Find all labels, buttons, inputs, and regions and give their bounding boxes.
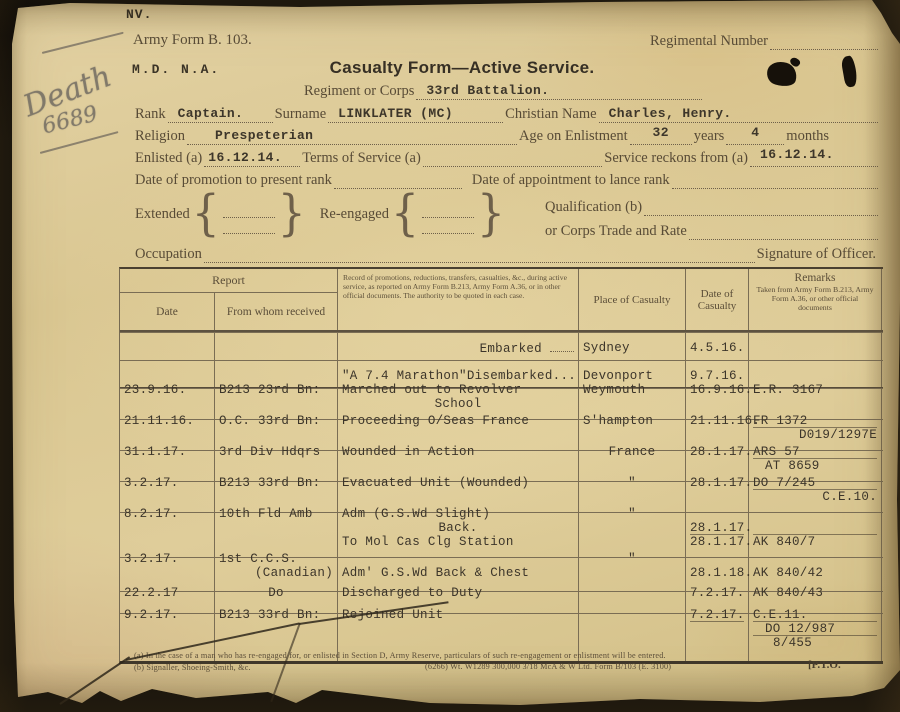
scanned-document: Death 6689 NV. Army Form B. 103. Regimen… — [0, 0, 900, 712]
remarks-line: DO 12/987 — [753, 622, 877, 636]
report-from-line2: (Canadian) — [219, 566, 333, 580]
record-line: Wounded in Action — [342, 445, 475, 459]
embarked-label: Embarked — [480, 342, 542, 356]
brace-open-icon: { — [391, 192, 419, 236]
regimental-number-field — [770, 33, 878, 50]
dotted-leader — [550, 341, 574, 352]
print-line: (6266) Wt. W1289 300,000 3/18 McA & W Lt… — [425, 662, 671, 671]
record-line: Back. — [342, 521, 574, 535]
religion-value: Prespeterian — [215, 127, 313, 144]
service-reckons-label: Service reckons from (a) — [602, 150, 750, 167]
report-date: 21.11.16. — [124, 414, 194, 428]
surname-label: Surname — [273, 106, 329, 123]
promotion-line: Date of promotion to present rank Date o… — [133, 172, 878, 189]
regiment-value: 33rd Battalion. — [426, 82, 549, 99]
form-number: Army Form B. 103. — [133, 32, 252, 49]
remarks-line: C.E.10. — [753, 490, 877, 504]
casualty-table: Report Date From whom received Record of… — [119, 267, 883, 664]
age-years-value: 32 — [653, 124, 669, 141]
casualty-date-value: 28.1.17. — [690, 445, 752, 459]
service-reckons-field: 16.12.14. — [750, 150, 878, 167]
extended-label: Extended — [133, 206, 192, 223]
months-label: months — [784, 128, 831, 145]
casualty-date-value: 21.11.16. — [690, 414, 760, 428]
report-from: B213 33rd Bn: — [219, 608, 320, 622]
christian-name-field: Charles, Henry. — [599, 106, 878, 123]
remarks-subtitle: Taken from Army Form B.213, Army Form A.… — [749, 284, 881, 312]
regimental-number-line: Regimental Number — [648, 33, 878, 50]
years-label: years — [692, 128, 727, 145]
report-date: 23.9.16. — [124, 383, 186, 397]
occupation-field — [204, 246, 755, 263]
signature-label: Signature of Officer. — [755, 246, 878, 263]
regiment-field: 33rd Battalion. — [416, 83, 702, 100]
regimental-number-label: Regimental Number — [648, 33, 770, 50]
occupation-label: Occupation — [133, 246, 204, 263]
report-from: B213 23rd Bn: — [219, 383, 320, 397]
reengaged-field — [422, 194, 474, 234]
enlisted-label: Enlisted (a) — [133, 150, 204, 167]
surname-value: LINKLATER (MC) — [338, 105, 453, 122]
remarks-title: Remarks — [749, 272, 881, 284]
report-from: B213 33rd Bn: — [219, 476, 320, 490]
report-date: 3.2.17. — [124, 476, 179, 490]
record-line: Evacuated Unit (Wounded) — [342, 476, 529, 490]
record-line: Adm (G.S.Wd Slight) — [342, 507, 574, 521]
col-header-date: Date — [120, 293, 215, 330]
report-from: O.C. 33rd Bn: — [219, 414, 320, 428]
lance-field — [672, 172, 878, 189]
report-from: 3rd Div Hdqrs — [219, 445, 320, 459]
ditto-mark: " — [628, 476, 636, 490]
record-line: Marched out to Revolver — [342, 383, 574, 397]
col-header-casualty-date: Date of Casualty — [686, 269, 749, 330]
place-value: Weymouth — [583, 383, 645, 397]
col-header-from: From whom received — [215, 293, 337, 330]
remarks-line: C.E.11. — [753, 608, 877, 622]
table-header: Report Date From whom received Record of… — [120, 269, 883, 332]
record-line: To Mol Cas Clg Station — [342, 535, 574, 549]
corps-trade-field — [689, 223, 878, 240]
casualty-date-value: 7.2.17. — [690, 608, 744, 622]
qualification-field — [644, 199, 878, 216]
casualty-date-value: 16.9.16. — [690, 383, 752, 397]
district-mark: M.D. N.A. — [132, 62, 220, 77]
surname-field: LINKLATER (MC) — [328, 106, 503, 123]
brace-close-icon: } — [278, 192, 306, 236]
rank-line: Rank Captain. Surname LINKLATER (MC) Chr… — [133, 106, 878, 123]
report-date: 31.1.17. — [124, 445, 186, 459]
age-years-field: 32 — [630, 128, 692, 145]
casualty-date-line: 28.1.17. — [690, 521, 744, 535]
terms-label: Terms of Service (a) — [300, 150, 423, 167]
religion-line: Religion Prespeterian Age on Enlistment … — [133, 128, 878, 145]
remarks-line: D019/1297E — [753, 428, 877, 442]
rank-field: Captain. — [168, 106, 273, 123]
report-header-group: Report Date From whom received — [120, 269, 338, 330]
casualty-date-value: 28.1.18. — [690, 566, 744, 580]
remarks-line: AT 8659 — [753, 459, 877, 473]
footnote-b: (b) Signaller, Shoeing-Smith, &c. — [134, 663, 251, 672]
report-date: 9.2.17. — [124, 608, 179, 622]
age-months-field: 4 — [726, 128, 784, 145]
brace-open-icon: { — [192, 192, 220, 236]
enlisted-value: 16.12.14. — [208, 149, 282, 166]
casualty-date-value: 9.7.16. — [690, 369, 745, 383]
remarks-line: FR 1372 — [753, 414, 877, 428]
remarks-line: 8/455 — [753, 636, 877, 650]
col-header-remarks: Remarks Taken from Army Form B.213, Army… — [749, 269, 882, 330]
place-value: S'hampton — [583, 414, 653, 428]
christian-name-value: Charles, Henry. — [609, 105, 732, 122]
christian-name-label: Christian Name — [503, 106, 598, 123]
terms-field — [423, 150, 602, 167]
marathon-note: "A 7.4 Marathon" — [342, 369, 467, 383]
brace-close-icon: } — [477, 192, 505, 236]
qualification-line: Qualification (b) — [543, 199, 878, 216]
rank-label: Rank — [133, 106, 168, 123]
footnote-a: (a) In the case of a man who has re-enga… — [134, 651, 666, 660]
qualification-label: Qualification (b) — [543, 199, 644, 216]
record-line: School — [342, 397, 574, 411]
report-from: Do — [268, 586, 284, 600]
religion-field: Prespeterian — [187, 128, 517, 145]
regiment-line: Regiment or Corps 33rd Battalion. — [302, 83, 702, 100]
ditto-mark: " — [628, 507, 636, 521]
enlisted-line: Enlisted (a) 16.12.14. Terms of Service … — [133, 150, 878, 167]
pto-mark: [P.T.O. — [808, 659, 841, 671]
disembarked-label: Disembarked... — [467, 369, 576, 383]
remarks-line: DO 7/245 — [753, 476, 877, 490]
extended-field — [223, 194, 275, 234]
casualty-date-line: 28.1.17. — [690, 535, 744, 549]
corner-mark: NV. — [126, 7, 152, 22]
place-value: Sydney — [583, 341, 630, 355]
col-header-report: Report — [120, 269, 337, 293]
place-value: Devonport — [583, 369, 653, 383]
report-from: 1st C.C.S. — [219, 552, 333, 566]
corps-trade-label: or Corps Trade and Rate — [543, 223, 689, 240]
corps-trade-line: or Corps Trade and Rate — [543, 223, 878, 240]
religion-label: Religion — [133, 128, 187, 145]
remarks-line: AK 840/42 — [753, 566, 877, 580]
record-line: Discharged to Duty — [342, 586, 482, 600]
ditto-mark: " — [628, 552, 636, 566]
place-value: France — [609, 445, 656, 459]
extended-block: Extended { } Re-engaged { } — [133, 194, 505, 234]
regiment-label: Regiment or Corps — [302, 83, 416, 100]
casualty-date-value: 7.2.17. — [690, 586, 745, 600]
age-months-value: 4 — [751, 124, 759, 141]
report-date: 22.2.17 — [124, 586, 179, 600]
remarks-value: E.R. 3167 — [753, 383, 823, 397]
remarks-value: AK 840/43 — [753, 586, 823, 600]
col-header-record: Record of promotions, reductions, transf… — [338, 269, 579, 330]
table-row: Embarked Sydney 4.5.16. — [120, 332, 883, 360]
remarks-line: ARS 57 — [753, 445, 877, 459]
rank-value: Captain. — [178, 105, 244, 122]
table-row: 8.2.17. 10th Fld Amb Adm (G.S.Wd Slight)… — [120, 512, 883, 557]
record-line: Adm' G.S.Wd Back & Chest — [342, 566, 574, 580]
report-date: 3.2.17. — [124, 552, 179, 566]
occupation-line: Occupation Signature of Officer. — [133, 246, 878, 263]
service-reckons-value: 16.12.14. — [760, 146, 834, 163]
enlisted-field: 16.12.14. — [204, 150, 300, 167]
record-line: Proceeding O/Seas France — [342, 414, 529, 428]
page-title: Casualty Form—Active Service. — [330, 58, 595, 78]
casualty-date-value: 4.5.16. — [690, 341, 745, 355]
casualty-date-value: 28.1.17. — [690, 476, 752, 490]
report-date: 8.2.17. — [124, 507, 179, 521]
col-header-place: Place of Casualty — [579, 269, 686, 330]
report-from: 10th Fld Amb — [219, 507, 313, 521]
remarks-line: AK 840/7 — [753, 535, 877, 549]
reengaged-label: Re-engaged — [318, 206, 391, 223]
age-label: Age on Enlistment — [517, 128, 630, 145]
